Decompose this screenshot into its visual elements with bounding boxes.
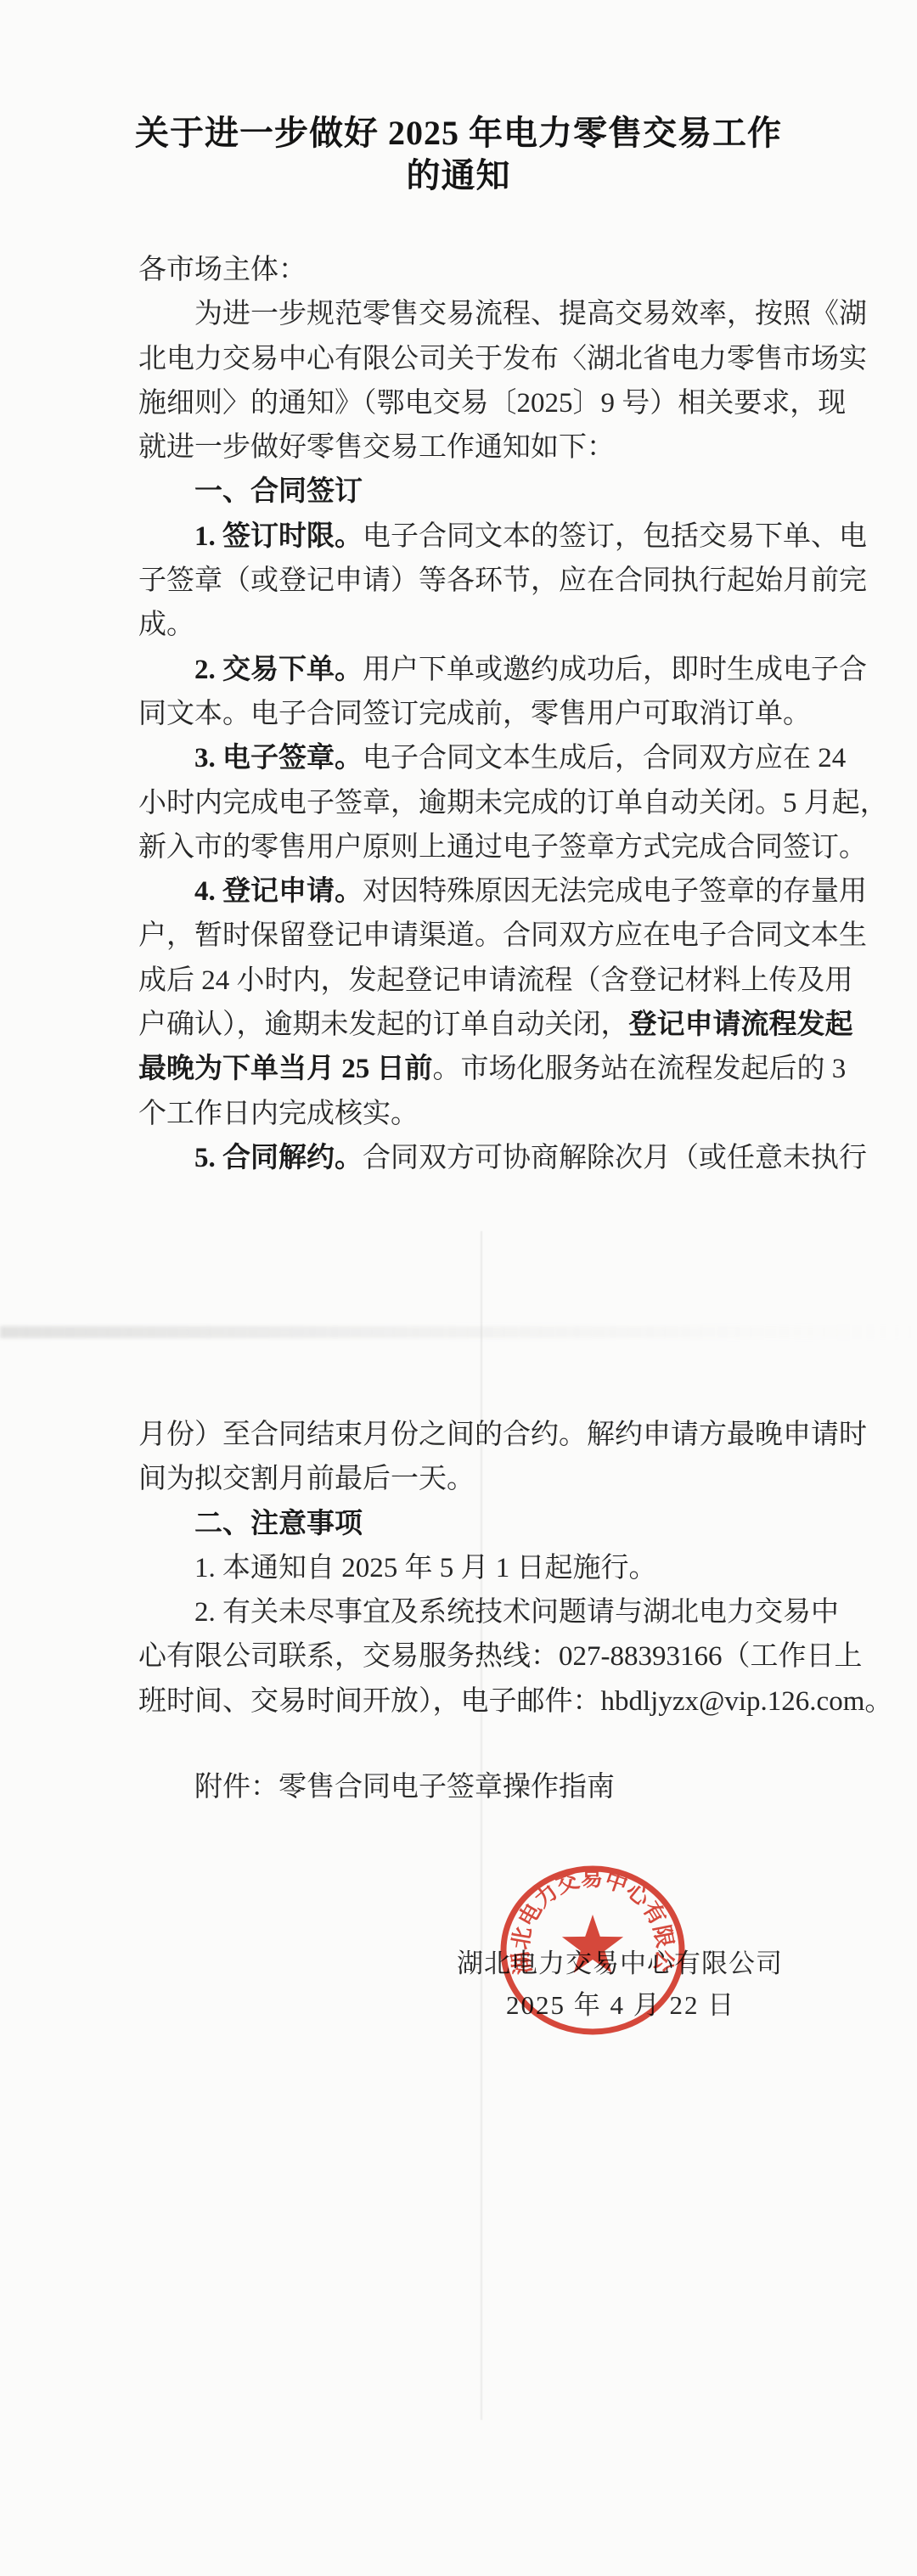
text-segment: 2. 交易下单。 <box>194 655 363 685</box>
text-line: 户确认），逾期未发起的订单自动关闭，登记申请流程发起 <box>138 1003 792 1047</box>
text-line: 2. 有关未尽事宜及系统技术问题请与湖北电力交易中 <box>138 1590 792 1634</box>
text-segment: 附件：零售合同电子签章操作指南 <box>194 1772 615 1803</box>
text-line: 子签章（或登记申请）等各环节，应在合同执行起始月前完 <box>138 559 792 603</box>
text-line: 3. 电子签章。电子合同文本生成后，合同双方应在 24 <box>138 736 792 780</box>
text-line: 成后 24 小时内，发起登记申请流程（含登记材料上传及用 <box>138 959 792 1003</box>
text-segment: 心有限公司联系，交易服务热线：027-88393166（工作日上 <box>138 1641 863 1672</box>
text-line: 月份）至合同结束月份之间的合约。解约申请方最晚申请时 <box>138 1413 792 1457</box>
text-segment: 成后 24 小时内，发起登记申请流程（含登记材料上传及用 <box>138 965 853 996</box>
text-segment: 4. 登记申请。 <box>194 876 363 907</box>
text-line: 4. 登记申请。对因特殊原因无法完成电子签章的存量用 <box>138 869 792 914</box>
text-segment: 班时间、交易时间开放），电子邮件：hbdljyzx@vip.126.com。 <box>138 1686 892 1717</box>
text-line: 最晚为下单当月 25 日前。市场化服务站在流程发起后的 3 <box>138 1047 792 1091</box>
scanned-document: 关于进一步做好 2025 年电力零售交易工作 的通知 各市场主体：为进一步规范零… <box>0 0 917 2576</box>
text-segment: 对因特殊原因无法完成电子签章的存量用 <box>363 876 867 907</box>
text-line: 为进一步规范零售交易流程、提高交易效率，按照《湖 <box>138 292 792 336</box>
text-segment: 3. 电子签章。 <box>194 743 363 773</box>
text-line: 施细则〉的通知》（鄂电交易〔2025〕9 号）相关要求，现 <box>138 381 792 425</box>
title-line-1: 关于进一步做好 2025 年电力零售交易工作 <box>0 112 917 155</box>
text-segment: 电子合同文本的签订，包括交易下单、电 <box>363 521 867 552</box>
star-icon <box>562 1915 623 1973</box>
page-seam-shadow <box>0 1326 917 1338</box>
text-line: 间为拟交割月前最后一天。 <box>138 1457 792 1501</box>
text-segment: 1. 签订时限。 <box>194 521 363 552</box>
text-segment: 户，暂时保留登记申请渠道。合同双方应在电子合同文本生 <box>138 920 867 951</box>
text-segment: 月份）至合同结束月份之间的合约。解约申请方最晚申请时 <box>138 1420 867 1450</box>
text-line: 二、注意事项 <box>138 1502 792 1546</box>
text-segment: 同文本。电子合同签订完成前，零售用户可取消订单。 <box>138 699 811 729</box>
text-segment: 间为拟交割月前最后一天。 <box>138 1464 475 1494</box>
text-segment: 新入市的零售用户原则上通过电子签章方式完成合同签订。 <box>138 832 867 863</box>
text-segment: 小时内完成电子签章，逾期未完成的订单自动关闭。5 月起， <box>138 788 888 818</box>
text-segment: 二、注意事项 <box>194 1509 363 1539</box>
title-line-2: 的通知 <box>0 155 917 197</box>
document-title: 关于进一步做好 2025 年电力零售交易工作 的通知 <box>0 112 917 197</box>
text-line: 2. 交易下单。用户下单或邀约成功后，即时生成电子合 <box>138 648 792 692</box>
text-segment: 最晚为下单当月 25 日前 <box>138 1054 433 1084</box>
text-segment: 一、合同签订 <box>194 476 363 507</box>
page1-body: 各市场主体：为进一步规范零售交易流程、提高交易效率，按照《湖北电力交易中心有限公… <box>138 248 792 1180</box>
page2-body: 月份）至合同结束月份之间的合约。解约申请方最晚申请时间为拟交割月前最后一天。二、… <box>138 1413 792 1724</box>
text-line: 户，暂时保留登记申请渠道。合同双方应在电子合同文本生 <box>138 914 792 958</box>
text-segment: 电子合同文本生成后，合同双方应在 24 <box>363 743 846 773</box>
text-segment: 个工作日内完成核实。 <box>138 1099 419 1129</box>
text-segment: 2. 有关未尽事宜及系统技术问题请与湖北电力交易中 <box>194 1597 839 1628</box>
text-segment: 就进一步做好零售交易工作通知如下： <box>138 432 615 463</box>
text-segment: 为进一步规范零售交易流程、提高交易效率，按照《湖 <box>194 299 867 329</box>
text-line: 个工作日内完成核实。 <box>138 1092 792 1136</box>
text-segment: 施细则〉的通知》（鄂电交易〔2025〕9 号）相关要求，现 <box>138 388 846 419</box>
text-line: 成。 <box>138 603 792 647</box>
text-line: 各市场主体： <box>138 248 792 292</box>
text-segment: 北电力交易中心有限公司关于发布〈湖北省电力零售市场实 <box>138 344 867 374</box>
text-line: 小时内完成电子签章，逾期未完成的订单自动关闭。5 月起， <box>138 781 792 825</box>
text-segment: 1. 本通知自 2025 年 5 月 1 日起施行。 <box>194 1553 657 1583</box>
text-line: 班时间、交易时间开放），电子邮件：hbdljyzx@vip.126.com。 <box>138 1679 792 1724</box>
text-line: 一、合同签订 <box>138 470 792 514</box>
text-segment: 登记申请流程发起 <box>629 1010 853 1040</box>
text-segment: 户确认），逾期未发起的订单自动关闭， <box>138 1010 629 1040</box>
text-line: 新入市的零售用户原则上通过电子签章方式完成合同签订。 <box>138 825 792 869</box>
text-line: 就进一步做好零售交易工作通知如下： <box>138 425 792 470</box>
text-line: 5. 合同解约。合同双方可协商解除次月（或任意未执行 <box>138 1136 792 1180</box>
text-line: 北电力交易中心有限公司关于发布〈湖北省电力零售市场实 <box>138 337 792 381</box>
text-line: 同文本。电子合同签订完成前，零售用户可取消订单。 <box>138 692 792 736</box>
text-segment: 子签章（或登记申请）等各环节，应在合同执行起始月前完 <box>138 565 867 596</box>
attachment-line: 附件：零售合同电子签章操作指南 <box>138 1765 792 1809</box>
text-segment: 5. 合同解约。 <box>194 1143 363 1173</box>
text-segment: 。市场化服务站在流程发起后的 3 <box>433 1054 847 1084</box>
text-line: 心有限公司联系，交易服务热线：027-88393166（工作日上 <box>138 1634 792 1679</box>
official-seal: 湖北电力交易中心有限公司 <box>498 1864 688 2037</box>
text-segment: 合同双方可协商解除次月（或任意未执行 <box>363 1143 867 1173</box>
text-segment: 用户下单或邀约成功后，即时生成电子合 <box>363 655 867 685</box>
text-segment: 各市场主体： <box>138 255 307 285</box>
text-line: 1. 本通知自 2025 年 5 月 1 日起施行。 <box>138 1546 792 1590</box>
text-line: 附件：零售合同电子签章操作指南 <box>138 1765 792 1809</box>
text-segment: 成。 <box>138 610 194 640</box>
paper-crease <box>481 1231 482 2420</box>
text-line: 1. 签订时限。电子合同文本的签订，包括交易下单、电 <box>138 515 792 559</box>
